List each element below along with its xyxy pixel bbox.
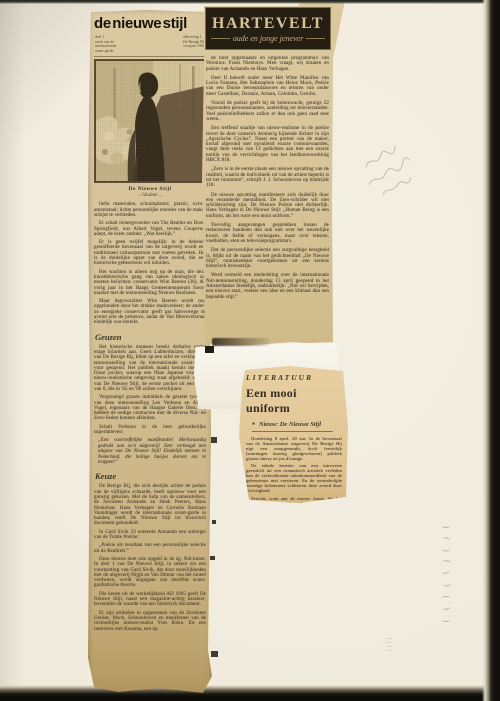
scan-edge-top <box>0 0 500 4</box>
paragraph: Een treffend staaltje van nieuw-realisme… <box>206 126 329 163</box>
paragraph: Terecht, want aan de muren: kunst, die h… <box>246 496 342 504</box>
paper-fragment <box>205 346 214 353</box>
paragraph: de bont opgemaakte en uitgelikte program… <box>206 56 329 72</box>
paragraph: Het historische moment breekt derhalve o… <box>94 345 206 393</box>
paragraph: aflevering 1 <box>183 35 205 40</box>
hartevelt-subtitle: oude en jonge jenever <box>211 34 325 43</box>
masthead-meta-left: deel 1werk van deinternationaleavant-gar… <box>95 35 116 53</box>
pencil-marks-icon <box>440 522 454 634</box>
paragraph: Er schalt tienergevoelen van The Beatles… <box>94 221 206 237</box>
clipping-hartevelt: HARTEVELT oude en jonge jenever de bont … <box>202 0 346 348</box>
photo-caption-subtitle: ... hilariter ... <box>94 193 206 198</box>
section-geuzen-body: Het historische moment breekt derhalve o… <box>94 345 206 436</box>
section-heading-keuze: Keuze <box>95 471 206 481</box>
paragraph: „Poëzie als resultaat van een persoonlij… <box>94 543 206 554</box>
scan-edge-bottom <box>0 685 500 701</box>
paragraph: In Gard Sivik 33 noteerde Armando een st… <box>94 530 206 541</box>
paragraph: Dat de persoonlijke selectie een zorgvul… <box>206 248 329 269</box>
paragraph: Werd vermeld een mededeling over de inte… <box>206 273 329 299</box>
paragraph: Die keuze uit de werkelijkheid AD 1965 g… <box>94 592 206 608</box>
photo-caption-title: De Nieuwe Stijl <box>94 186 206 192</box>
ink-smudge <box>212 338 270 346</box>
masthead-meta-right: aflevering 1De Bezige Bijvoorjaar 1965 <box>183 35 205 53</box>
paragraph: Deel II belooft onder meer Het Witte Man… <box>206 76 329 97</box>
hartevelt-subtitle-text: oude en jonge jenever <box>233 34 303 43</box>
ink-bleed-mark <box>386 638 392 654</box>
literatuur-byline: ● Nieuw: De Nieuwe Stijl <box>252 421 333 432</box>
paragraph: avant-garde <box>95 49 116 54</box>
paragraph: Toevallig aangevangen gesprekken tussen … <box>206 223 329 244</box>
literatuur-kicker: LITERATUUR <box>246 373 342 382</box>
paragraph: Donderdag 8 april, 20 uur. In de bovenza… <box>246 436 342 461</box>
section-heading-geuzen: Geuzen <box>95 332 206 342</box>
paper-fragment <box>210 556 215 560</box>
scan-edge-right <box>482 0 500 701</box>
pencil-annotation-vertical <box>440 522 454 634</box>
literatuur-title: Een mooi uniform <box>246 386 342 416</box>
section-keuze-body: De Bezige Bij, die zich destijds achter … <box>94 484 206 631</box>
paragraph: Het wachten is alleen nog op de man, die… <box>94 270 206 296</box>
masthead-meta: deel 1werk van deinternationaleavant-gar… <box>94 34 206 57</box>
article-intro: liefst materialen, schuimplastic, plasti… <box>94 202 206 325</box>
paragraph: Maar dagvoorzitter Wim Beeren wordt nog … <box>94 299 206 325</box>
scrapbook-page: de nieuwe stijl deel 1werk van deinterna… <box>0 0 500 701</box>
pencil-scribble-icon <box>352 118 457 213</box>
paragraph: De Bezige Bij, die zich destijds achter … <box>94 484 206 526</box>
photo-woman-profile <box>94 59 206 183</box>
photo-caption: De Nieuwe Stijl ... hilariter ... <box>94 186 206 198</box>
hartevelt-article-body: de bont opgemaakte en uitgelikte program… <box>206 56 329 342</box>
paper-fragment <box>212 520 216 524</box>
paper-fragment <box>211 651 218 657</box>
literatuur-byline-text: Nieuw: De Nieuwe Stijl <box>259 421 321 428</box>
paragraph: „Zero is in de eerste plaats een nieuwe … <box>206 167 329 188</box>
hartevelt-title: HARTEVELT <box>212 15 324 32</box>
paragraph: Schalt Verboon in de hem gebruikelijke s… <box>94 425 206 436</box>
paragraph: De nieuwe opvatting manifesteert zich du… <box>206 193 329 219</box>
verboon-quote: „Een voortreffelijke manifestatie! Merkw… <box>98 438 206 465</box>
paragraph: Deze theorie doet ook opgeld in de zg. N… <box>94 557 206 589</box>
clipping-de-nieuwe-stijl: de nieuwe stijl deel 1werk van deinterna… <box>88 10 212 693</box>
hartevelt-ad-banner: HARTEVELT oude en jonge jenever <box>205 7 331 50</box>
halftone-photo-graphic <box>95 60 205 182</box>
paragraph: voorjaar 1965 <box>183 44 205 49</box>
paragraph: Er is geen twijfel mogelijk: in de beken… <box>94 240 206 266</box>
clipping-literatuur: LITERATUUR Een mooi uniform ● Nieuw: De … <box>239 366 348 503</box>
paper-fragment <box>211 437 217 443</box>
paragraph: liefst materialen, schuimplastic, plasti… <box>94 202 206 218</box>
bullet-icon: ● <box>252 422 255 427</box>
paragraph: De enkele bezitter van een introverte ge… <box>246 463 342 493</box>
paragraph: Vergenoegd grazen inmiddels de gezette t… <box>94 395 206 421</box>
paragraph: Vooral de poëzie geeft bij de buitenwach… <box>206 101 329 122</box>
paragraph: Er zijn artikelen in opgenomen van de Ze… <box>94 611 206 632</box>
pencil-annotation <box>352 118 457 213</box>
masthead-title: de nieuwe stijl <box>94 14 206 34</box>
literatuur-article-body: Donderdag 8 april, 20 uur. In de bovenza… <box>246 436 342 504</box>
